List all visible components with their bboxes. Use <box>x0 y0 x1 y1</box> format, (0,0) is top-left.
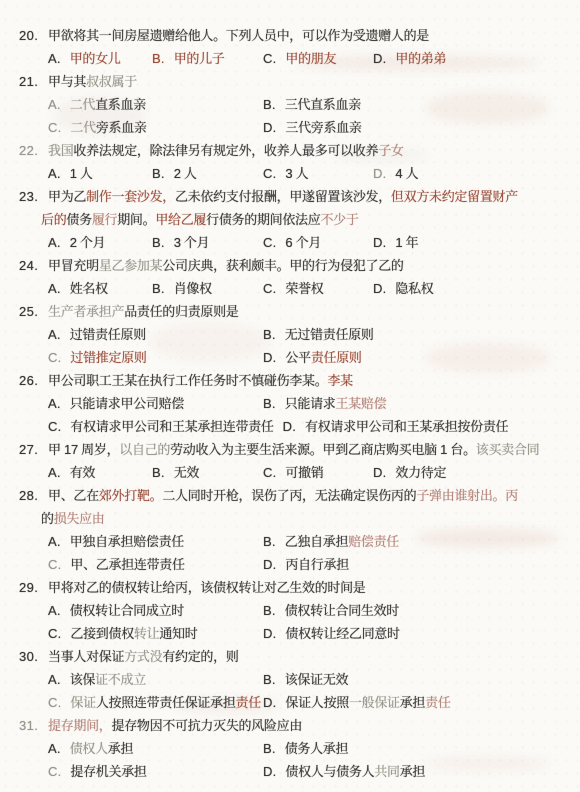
option: A.有效 <box>48 461 152 484</box>
question-number: 20. <box>19 24 38 47</box>
option-text-segment: 公平 <box>285 350 310 365</box>
stem-text-segment: 甲与其 <box>48 74 86 89</box>
question-block: 31.提存期间，提存物因不可抗力灭失的风险应由A.债权人承担B.债务人承担C.提… <box>0 714 580 783</box>
option-text-segment: 过错推定原则 <box>70 350 146 365</box>
question-number: 24. <box>19 254 38 277</box>
option-text-segment: 债权转让经乙同意时 <box>285 626 399 641</box>
question-stem-line: 22.我国收养法规定，除法律另有规定外，收养人最多可以收养子女 <box>0 139 580 162</box>
option-text-segment: 一般保证 <box>349 695 400 710</box>
question-number: 25. <box>19 300 38 323</box>
option-row: A.有效B.无效C.可撤销D.效力待定 <box>0 461 580 484</box>
option-row: C.甲、乙承担连带责任D.丙自行承担 <box>0 553 580 576</box>
option-label: D. <box>263 346 276 369</box>
option-label: D. <box>373 162 386 185</box>
option-text-segment: 三代直系血亲 <box>285 97 361 112</box>
option-label: B. <box>263 93 276 116</box>
option-text-segment: 过错责任原则 <box>70 327 146 342</box>
option-text-segment: 直系血亲 <box>95 97 146 112</box>
option: B.3 个月 <box>152 231 263 254</box>
option-label: D. <box>373 231 386 254</box>
question-stem-line: 30.当事人对保证方式没有约定的，则 <box>0 645 580 668</box>
question-number: 27. <box>19 438 38 461</box>
question-stem-line: 的损失应由 <box>0 507 580 530</box>
stem-text-segment: 甲公司职工王某在执行工作任务时不慎碰伤李某。 <box>48 373 327 388</box>
option-label: A. <box>48 599 61 622</box>
option: D.三代旁系血亲 <box>263 116 362 139</box>
stem-text-segment: 二人同时开枪，误伤了丙，无法确定误伤丙的 <box>162 488 416 503</box>
stem-text-segment: 债务 <box>66 212 91 227</box>
option: D.债权转让经乙同意时 <box>263 622 400 645</box>
option: C.6 个月 <box>263 231 373 254</box>
option-row: C.乙接到债权转让通知时D.债权转让经乙同意时 <box>0 622 580 645</box>
question-stem-line: 20.甲欲将其一间房屋遗赠给他人。下列人员中，可以作为受遗赠人的是 <box>0 24 580 47</box>
option: C.有权请求甲公司和王某承担连带责任 <box>48 415 274 438</box>
stem-text-segment: 履行 <box>92 212 117 227</box>
option: A.该保证不成立 <box>48 668 263 691</box>
option: A.只能请求甲公司赔偿 <box>48 392 263 415</box>
option-text-segment: 效力待定 <box>395 465 446 480</box>
option-label: B. <box>152 162 165 185</box>
option: C.荣誉权 <box>263 277 373 300</box>
option-text-segment: 二代 <box>70 97 95 112</box>
option-text-segment: 无过错责任原则 <box>285 327 374 342</box>
option-label: A. <box>48 162 61 185</box>
option-label: C. <box>263 162 276 185</box>
option-row: C.有权请求甲公司和王某承担连带责任D.有权请求甲公司和王某承担按份责任 <box>0 415 580 438</box>
option-label: B. <box>152 461 165 484</box>
option-row: C.保证人按照连带责任保证承担责任D.保证人按照一般保证承担责任 <box>0 691 580 714</box>
stem-text-segment: 子弹由谁射出。丙 <box>416 488 518 503</box>
option: B.肖像权 <box>152 277 263 300</box>
option-text-segment: 2 个月 <box>70 235 106 250</box>
option-row: C.提存机关承担D.债权人与债务人共同承担 <box>0 760 580 783</box>
option: A.债权转让合同成立时 <box>48 599 263 622</box>
question-number: 28. <box>19 484 38 507</box>
stem-text-segment: 乙未依约支付报酬，甲遂留置该沙发， <box>175 189 391 204</box>
option-row: A.债权人承担B.债务人承担 <box>0 737 580 760</box>
option: B.该保证无效 <box>263 668 348 691</box>
question-number: 30. <box>19 645 38 668</box>
question-number: 29. <box>19 576 38 599</box>
option: A.甲的女儿 <box>48 47 152 70</box>
question-block: 28.甲、乙在郊外打靶。二人同时开枪，误伤了丙，无法确定误伤丙的子弹由谁射出。丙… <box>0 484 580 576</box>
option-text-segment: 通知时 <box>159 626 197 641</box>
option: B.只能请求王某赔偿 <box>263 392 386 415</box>
question-block: 22.我国收养法规定，除法律另有规定外，收养人最多可以收养子女A.1 人B.2 … <box>0 139 580 185</box>
option-text-segment: 1 人 <box>70 166 93 181</box>
option-text-segment: 承担 <box>108 741 133 756</box>
option-label: B. <box>263 323 276 346</box>
option-label: A. <box>48 461 61 484</box>
stem-text-segment: 有约定的，则 <box>162 649 238 664</box>
option-label: D. <box>373 461 386 484</box>
stem-text-segment: 甲给乙履 <box>155 212 206 227</box>
option-row: A.过错责任原则B.无过错责任原则 <box>0 323 580 346</box>
question-number: 21. <box>19 70 38 93</box>
question-block: 23.甲为乙制作一套沙发，乙未依约支付报酬，甲遂留置该沙发，但双方未约定留置财产… <box>0 185 580 254</box>
option-label: B. <box>152 277 165 300</box>
option: A.2 个月 <box>48 231 152 254</box>
option-text-segment: 转让 <box>134 626 159 641</box>
option-text-segment: 只能请求 <box>285 396 336 411</box>
option-row: A.该保证不成立B.该保证无效 <box>0 668 580 691</box>
option-text-segment: 承担 <box>400 764 425 779</box>
option-text-segment: 保证人按照 <box>285 695 349 710</box>
option-label: C. <box>263 231 276 254</box>
option: C.可撤销 <box>263 461 373 484</box>
stem-text-segment: 期间。 <box>117 212 155 227</box>
option: A.姓名权 <box>48 277 152 300</box>
option-label: A. <box>48 737 61 760</box>
option-label: D. <box>263 760 276 783</box>
option-text-segment: 旁系血亲 <box>96 120 147 135</box>
option: D.1 年 <box>373 231 418 254</box>
option-label: A. <box>48 323 61 346</box>
option-text-segment: 只能请求甲公司赔偿 <box>70 396 184 411</box>
option-label: D. <box>263 691 276 714</box>
stem-text-segment: 甲为乙 <box>48 189 86 204</box>
option-text-segment: 该保 <box>70 672 95 687</box>
option-text-segment: 责任 <box>425 695 450 710</box>
option-text-segment: 乙接到债权 <box>70 626 134 641</box>
option-text-segment: 甲、乙承担连带责任 <box>70 557 184 572</box>
option-text-segment: 乙独自承担 <box>285 534 349 549</box>
option-text-segment: 4 人 <box>395 166 418 181</box>
option-text-segment: 1 年 <box>395 235 418 250</box>
option-label: B. <box>263 530 276 553</box>
question-block: 26.甲公司职工王某在执行工作任务时不慎碰伤李某。李某A.只能请求甲公司赔偿B.… <box>0 369 580 438</box>
option: A.过错责任原则 <box>48 323 263 346</box>
stem-text-segment: 叔叔属于 <box>86 74 137 89</box>
question-block: 24.甲冒充明星乙参加某公司庆典，获利颇丰。甲的行为侵犯了乙的A.姓名权B.肖像… <box>0 254 580 300</box>
question-stem-line: 24.甲冒充明星乙参加某公司庆典，获利颇丰。甲的行为侵犯了乙的 <box>0 254 580 277</box>
question-block: 30.当事人对保证方式没有约定的，则A.该保证不成立B.该保证无效C.保证人按照… <box>0 645 580 714</box>
stem-text-segment: 损失应由 <box>54 511 105 526</box>
stem-text-segment: 子女 <box>378 143 403 158</box>
option-text-segment: 提存机关承担 <box>70 764 146 779</box>
option: D.隐私权 <box>373 277 434 300</box>
option-row: C.二代旁系血亲D.三代旁系血亲 <box>0 116 580 139</box>
option: C.甲、乙承担连带责任 <box>48 553 263 576</box>
option: D.公平责任原则 <box>263 346 362 369</box>
option: B.无过错责任原则 <box>263 323 374 346</box>
option: B.债务人承担 <box>263 737 348 760</box>
option-text-segment: 有权请求甲公司和王某承担连带责任 <box>70 419 273 434</box>
option-label: C. <box>48 760 61 783</box>
option-text-segment: 人按照连带责任保证承担 <box>96 695 236 710</box>
option: D.债权人与债务人共同承担 <box>263 760 425 783</box>
option-text-segment: 甲独自承担赔偿责任 <box>70 534 184 549</box>
option: B.债权转让合同生效时 <box>263 599 399 622</box>
option-label: C. <box>48 346 61 369</box>
stem-text-segment: 不少于 <box>320 212 358 227</box>
option-row: A.只能请求甲公司赔偿B.只能请求王某赔偿 <box>0 392 580 415</box>
stem-text-segment: 但双方未约定留置财产 <box>391 189 518 204</box>
question-stem-line: 28.甲、乙在郊外打靶。二人同时开枪，误伤了丙，无法确定误伤丙的子弹由谁射出。丙 <box>0 484 580 507</box>
option-text-segment: 债权转让合同成立时 <box>70 603 184 618</box>
option: D.有权请求甲公司和王某承担按份责任 <box>283 415 509 438</box>
option: A.甲独自承担赔偿责任 <box>48 530 263 553</box>
option-label: A. <box>48 47 61 70</box>
stem-text-segment: 以自己的 <box>119 442 170 457</box>
stem-text-segment: 甲欲将其一间房屋遗赠给他人。下列人员中，可以作为受遗赠人的是 <box>48 28 429 43</box>
option-row: A.甲的女儿B.甲的儿子C.甲的朋友D.甲的弟弟 <box>0 47 580 70</box>
option: D.保证人按照一般保证承担责任 <box>263 691 451 714</box>
question-number: 31. <box>19 714 38 737</box>
option: B.乙独自承担赔偿责任 <box>263 530 399 553</box>
option-label: A. <box>48 392 61 415</box>
option-row: A.甲独自承担赔偿责任B.乙独自承担赔偿责任 <box>0 530 580 553</box>
stem-text-segment: 甲冒充明 <box>48 258 99 273</box>
option: B.三代直系血亲 <box>263 93 361 116</box>
option: C.二代旁系血亲 <box>48 116 263 139</box>
stem-text-segment: 劳动收入为主要生活来源。甲到乙商店购买电脑 1 台。 <box>170 442 476 457</box>
option-label: B. <box>263 599 276 622</box>
option-text-segment: 甲的女儿 <box>70 51 121 66</box>
option: C.乙接到债权转让通知时 <box>48 622 263 645</box>
option-label: A. <box>48 277 61 300</box>
option-label: D. <box>263 116 276 139</box>
stem-text-segment: 制作一套沙发， <box>86 189 175 204</box>
option-text-segment: 王某赔偿 <box>336 396 387 411</box>
option-text-segment: 肖像权 <box>174 281 212 296</box>
option-text-segment: 二代 <box>70 120 95 135</box>
question-stem-line: 21.甲与其叔叔属于 <box>0 70 580 93</box>
question-block: 21.甲与其叔叔属于A.二代直系血亲B.三代直系血亲C.二代旁系血亲D.三代旁系… <box>0 70 580 139</box>
stem-text-segment: 我国 <box>48 143 73 158</box>
question-block: 25.生产者承担产品责任的归责原则是A.过错责任原则B.无过错责任原则C.过错推… <box>0 300 580 369</box>
option-text-segment: 无效 <box>174 465 199 480</box>
option-text-segment: 有效 <box>70 465 95 480</box>
option: D.效力待定 <box>373 461 446 484</box>
option-text-segment: 承担 <box>400 695 425 710</box>
option: A.债权人承担 <box>48 737 263 760</box>
option-text-segment: 债权转让合同生效时 <box>285 603 399 618</box>
stem-text-segment: 公司庆典，获利颇丰。甲的行为侵犯了乙的 <box>162 258 403 273</box>
option-text-segment: 隐私权 <box>395 281 433 296</box>
option-text-segment: 3 人 <box>285 166 308 181</box>
option-text-segment: 3 个月 <box>174 235 210 250</box>
option-text-segment: 荣誉权 <box>285 281 323 296</box>
option-text-segment: 该保证无效 <box>285 672 349 687</box>
option-label: D. <box>373 277 386 300</box>
stem-text-segment: 该买卖合同 <box>476 442 540 457</box>
option-label: C. <box>48 622 61 645</box>
option: B.无效 <box>152 461 263 484</box>
option-text-segment: 2 人 <box>174 166 197 181</box>
option-label: A. <box>48 93 61 116</box>
option-text-segment: 甲的弟弟 <box>395 51 446 66</box>
option-label: D. <box>263 622 276 645</box>
option: D.4 人 <box>373 162 418 185</box>
option-text-segment: 姓名权 <box>70 281 108 296</box>
option-row: A.姓名权B.肖像权C.荣誉权D.隐私权 <box>0 277 580 300</box>
option-text-segment: 责任 <box>236 695 261 710</box>
question-number: 23. <box>19 185 38 208</box>
option-row: A.1 人B.2 人C.3 人D.4 人 <box>0 162 580 185</box>
option-label: B. <box>263 737 276 760</box>
stem-text-segment: 当事人对保证 <box>48 649 124 664</box>
option: B.2 人 <box>152 162 263 185</box>
option-label: A. <box>48 231 61 254</box>
option-text-segment: 6 个月 <box>285 235 321 250</box>
stem-text-segment: 提存物因不可抗力灭失的风险应由 <box>112 718 303 733</box>
option-text-segment: 甲的朋友 <box>285 51 336 66</box>
option-text-segment: 债权人 <box>70 741 108 756</box>
question-block: 20.甲欲将其一间房屋遗赠给他人。下列人员中，可以作为受遗赠人的是A.甲的女儿B… <box>0 24 580 70</box>
stem-text-segment: 生产者承担产 <box>48 304 124 319</box>
exam-page: 20.甲欲将其一间房屋遗赠给他人。下列人员中，可以作为受遗赠人的是A.甲的女儿B… <box>0 0 580 792</box>
option: A.二代直系血亲 <box>48 93 263 116</box>
option-label: D. <box>373 47 386 70</box>
option-row: A.债权转让合同成立时B.债权转让合同生效时 <box>0 599 580 622</box>
option: C.3 人 <box>263 162 373 185</box>
stem-text-segment: 行债务的期间依法应 <box>206 212 320 227</box>
option-text-segment: 可撤销 <box>285 465 323 480</box>
option-label: B. <box>152 231 165 254</box>
option-label: A. <box>48 530 61 553</box>
option-text-segment: 甲的儿子 <box>174 51 225 66</box>
option-label: C. <box>48 691 61 714</box>
question-stem-line: 29.甲将对乙的债权转让给丙，该债权转让对乙生效的时间是 <box>0 576 580 599</box>
option-text-segment: 保证 <box>70 695 95 710</box>
stem-text-segment: 李某 <box>327 373 352 388</box>
option-label: C. <box>48 553 61 576</box>
option-label: D. <box>263 553 276 576</box>
option: B.甲的儿子 <box>152 47 263 70</box>
option-row: A.二代直系血亲B.三代直系血亲 <box>0 93 580 116</box>
question-stem-line: 23.甲为乙制作一套沙发，乙未依约支付报酬，甲遂留置该沙发，但双方未约定留置财产 <box>0 185 580 208</box>
option-text-segment: 责任原则 <box>311 350 362 365</box>
option-label: B. <box>263 392 276 415</box>
stem-text-segment: 后的 <box>41 212 66 227</box>
option-label: C. <box>263 461 276 484</box>
option-text-segment: 丙自行承担 <box>285 557 349 572</box>
option-label: B. <box>152 47 165 70</box>
option-text-segment: 债权人与债务人 <box>285 764 374 779</box>
option-label: C. <box>263 47 276 70</box>
option: C.提存机关承担 <box>48 760 263 783</box>
option-text-segment: 赔偿责任 <box>348 534 399 549</box>
option-text-segment: 债务人承担 <box>285 741 349 756</box>
option: A.1 人 <box>48 162 152 185</box>
option: D.丙自行承担 <box>263 553 349 576</box>
option-text-segment: 共同 <box>374 764 399 779</box>
stem-text-segment: 品责任的归责原则是 <box>124 304 238 319</box>
stem-text-segment: 甲、乙在 <box>48 488 99 503</box>
stem-text-segment: 收养法规定，除法律另有规定外，收养人最多可以收养 <box>73 143 378 158</box>
option-row: C.过错推定原则D.公平责任原则 <box>0 346 580 369</box>
stem-text-segment: 提存期间， <box>48 718 112 733</box>
option-label: C. <box>263 277 276 300</box>
stem-text-segment: 甲将对乙的债权转让给丙，该债权转让对乙生效的时间是 <box>48 580 366 595</box>
stem-text-segment: 的 <box>41 511 54 526</box>
option: C.过错推定原则 <box>48 346 263 369</box>
question-list: 20.甲欲将其一间房屋遗赠给他人。下列人员中，可以作为受遗赠人的是A.甲的女儿B… <box>0 24 580 783</box>
question-number: 22. <box>19 139 38 162</box>
stem-text-segment: 方式没 <box>124 649 162 664</box>
option-label: D. <box>283 415 296 438</box>
option-label: B. <box>263 668 276 691</box>
question-stem-line: 26.甲公司职工王某在执行工作任务时不慎碰伤李某。李某 <box>0 369 580 392</box>
option-text-segment: 三代旁系血亲 <box>285 120 361 135</box>
stem-text-segment: 郊外打靶。 <box>99 488 163 503</box>
option: C.甲的朋友 <box>263 47 373 70</box>
question-number: 26. <box>19 369 38 392</box>
option-label: A. <box>48 668 61 691</box>
option-label: C. <box>48 116 61 139</box>
question-stem-line: 31.提存期间，提存物因不可抗力灭失的风险应由 <box>0 714 580 737</box>
stem-text-segment: 星乙参加某 <box>99 258 163 273</box>
question-stem-line: 25.生产者承担产品责任的归责原则是 <box>0 300 580 323</box>
option-row: A.2 个月B.3 个月C.6 个月D.1 年 <box>0 231 580 254</box>
option: C.保证人按照连带责任保证承担责任 <box>48 691 263 714</box>
option: D.甲的弟弟 <box>373 47 446 70</box>
option-label: C. <box>48 415 61 438</box>
question-stem-line: 27.甲 17 周岁，以自己的劳动收入为主要生活来源。甲到乙商店购买电脑 1 台… <box>0 438 580 461</box>
option-text-segment: 证不成立 <box>95 672 146 687</box>
question-block: 29.甲将对乙的债权转让给丙，该债权转让对乙生效的时间是A.债权转让合同成立时B… <box>0 576 580 645</box>
option-text-segment: 有权请求甲公司和王某承担按份责任 <box>305 419 508 434</box>
question-block: 27.甲 17 周岁，以自己的劳动收入为主要生活来源。甲到乙商店购买电脑 1 台… <box>0 438 580 484</box>
question-stem-line: 后的债务履行期间。甲给乙履行债务的期间依法应不少于 <box>0 208 580 231</box>
stem-text-segment: 甲 17 周岁， <box>48 442 119 457</box>
